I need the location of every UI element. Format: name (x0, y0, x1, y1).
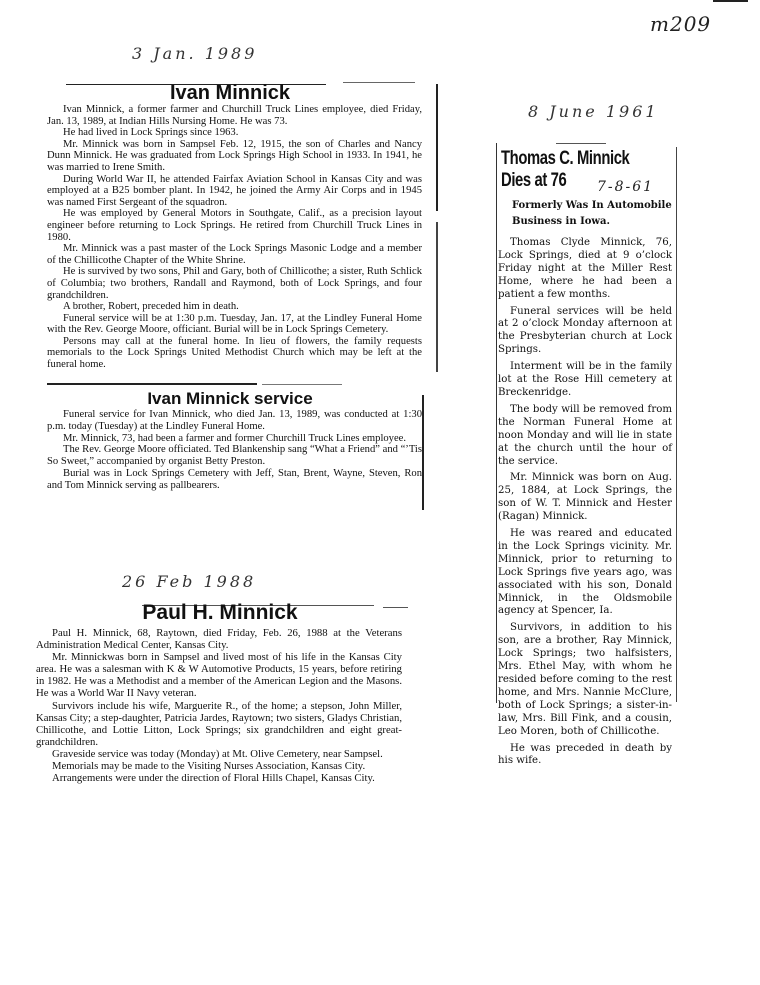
ivan-service-top-rule-right (262, 384, 342, 385)
ivan-service-paragraph: The Rev. George Moore officiated. Ted Bl… (47, 444, 422, 468)
thomas-obituary-subheadline-line-1: Formerly Was In Automobile (512, 198, 682, 214)
ivan-obituary-right-border-upper (436, 84, 438, 211)
ivan-obituary-headline: Ivan Minnick (60, 81, 400, 105)
thomas-obituary-left-border (496, 143, 497, 703)
paul-obituary-top-rule-right (383, 607, 408, 608)
thomas-obituary-headline-line-1: Thomas C. Minnick (501, 148, 673, 170)
thomas-obituary-short-date-note: 7-8-61 (597, 179, 654, 195)
thomas-obituary-subheadline-line-2: Business in Iowa. (512, 214, 682, 230)
ivan-obituary-paragraph: During World War II, he attended Fairfax… (47, 174, 422, 209)
thomas-obituary-body: Thomas Clyde Minnick, 76, Lock Springs, … (498, 237, 672, 772)
thomas-obituary-paragraph: He was preceded in death by his wife. (498, 743, 672, 769)
ivan-service-right-border (422, 395, 424, 510)
thomas-obituary-paragraph: The body will be removed from the Norman… (498, 404, 672, 469)
thomas-obituary-paragraph: Survivors, in addition to his son, are a… (498, 622, 672, 738)
thomas-obituary-paragraph: Thomas Clyde Minnick, 76, Lock Springs, … (498, 237, 672, 302)
paul-obituary-paragraph: Graveside service was today (Monday) at … (36, 748, 402, 760)
ivan-service-paragraph: Mr. Minnick, 73, had been a farmer and f… (47, 433, 422, 445)
paul-obituary-paragraph: Memorials may be made to the Visiting Nu… (36, 760, 402, 772)
ivan-obituary-paragraph: Funeral service will be at 1:30 p.m. Tue… (47, 313, 422, 336)
ivan-service-headline: Ivan Minnick service (90, 389, 370, 409)
thomas-obituary-right-border (676, 147, 677, 702)
ivan-obituary-paragraph: A brother, Robert, preceded him in death… (47, 301, 422, 313)
ivan-obituary-paragraph: Persons may call at the funeral home. In… (47, 336, 422, 371)
ivan-obituary-right-border-lower (436, 222, 438, 372)
paul-obituary-paragraph: Arrangements were under the direction of… (36, 772, 402, 784)
ivan-obituary-paragraph: He was employed by General Motors in Sou… (47, 208, 422, 243)
ivan-service-paragraph: Funeral service for Ivan Minnick, who di… (47, 409, 422, 433)
catalog-mark: m209 (650, 12, 711, 36)
top-right-scan-mark (713, 0, 748, 2)
thomas-obituary-paragraph: Funeral services will be held at 2 o’clo… (498, 306, 672, 358)
ivan-obituary-paragraph: He is survived by two sons, Phil and Gar… (47, 266, 422, 301)
paul-obituary-date-note: 26 Feb 1988 (122, 572, 256, 591)
paul-obituary-paragraph: Mr. Minnickwas born in Sampsel and lived… (36, 651, 402, 699)
thomas-obituary-top-rule (556, 143, 606, 144)
thomas-obituary-subheadline: Formerly Was In Automobile Business in I… (512, 198, 682, 230)
ivan-service-top-rule (47, 383, 257, 385)
ivan-service-paragraph: Burial was in Lock Springs Cemetery with… (47, 468, 422, 492)
ivan-obituary-paragraph: He had lived in Lock Springs since 1963. (47, 127, 422, 139)
thomas-obituary-paragraph: Mr. Minnick was born on Aug. 25, 1884, a… (498, 472, 672, 524)
paul-obituary-paragraph: Survivors include his wife, Marguerite R… (36, 700, 402, 748)
ivan-obituary-body: Ivan Minnick, a former farmer and Church… (47, 104, 422, 371)
ivan-obituary-paragraph: Mr. Minnick was a past master of the Loc… (47, 243, 422, 266)
thomas-obituary-paragraph: Interment will be in the family lot at t… (498, 361, 672, 400)
ivan-obituary-date-note: 3 Jan. 1989 (132, 44, 257, 63)
ivan-obituary-paragraph: Ivan Minnick, a former farmer and Church… (47, 104, 422, 127)
paul-obituary-body: Paul H. Minnick, 68, Raytown, died Frida… (36, 627, 402, 784)
ivan-obituary-paragraph: Mr. Minnick was born in Sampsel Feb. 12,… (47, 139, 422, 174)
paul-obituary-paragraph: Paul H. Minnick, 68, Raytown, died Frida… (36, 627, 402, 651)
thomas-obituary-paragraph: He was reared and educated in the Lock S… (498, 528, 672, 618)
paul-obituary-headline: Paul H. Minnick (70, 600, 370, 626)
thomas-obituary-date-note: 8 June 1961 (528, 102, 659, 121)
ivan-service-body: Funeral service for Ivan Minnick, who di… (47, 409, 422, 492)
